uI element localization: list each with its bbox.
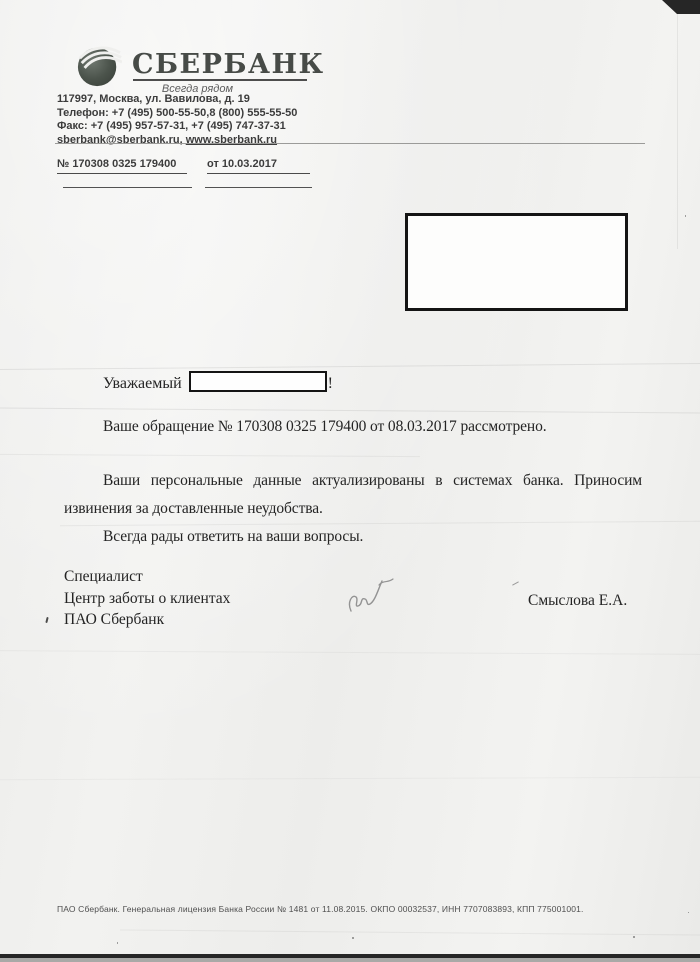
scan-speck — [688, 912, 689, 913]
scan-speck — [352, 937, 354, 939]
reference-date: от 10.03.2017 — [207, 158, 310, 174]
reference-blank-row — [63, 173, 312, 191]
fax-line: Факс: +7 (495) 957-57-31, +7 (495) 747-3… — [57, 120, 297, 134]
salutation-text: Уважаемый — [103, 375, 182, 392]
scanned-letter-page: СБЕРБАНК Всегда рядом 117997, Москва, ул… — [0, 0, 700, 954]
salutation-punctuation: ! — [328, 375, 333, 392]
reference-number: № 170308 0325 179400 — [57, 158, 187, 174]
paper-crease — [120, 929, 700, 935]
paragraph-apology: Ваши персональные данные актуализированы… — [64, 467, 642, 523]
scan-speck — [633, 936, 635, 938]
salutation-line: Уважаемый! — [103, 371, 333, 393]
paper-crease — [0, 363, 700, 370]
signer-role: Специалист — [64, 566, 230, 588]
paragraph-closing: Всегда рады ответить на ваши вопросы. — [64, 523, 642, 551]
letterhead-divider — [55, 143, 645, 144]
recipient-name-redaction-box — [189, 371, 327, 392]
signer-department: Центр заботы о клиентах — [64, 588, 230, 610]
scan-speck — [117, 942, 118, 944]
stray-ink-mark — [45, 617, 48, 623]
stray-pen-mark — [512, 581, 519, 585]
letter-body: Ваше обращение № 170308 0325 179400 от 0… — [64, 413, 642, 551]
phone-line: Телефон: +7 (495) 500-55-50,8 (800) 555-… — [57, 107, 297, 121]
reference-blank-line — [63, 173, 192, 188]
reference-blank-line — [205, 173, 312, 188]
signer-company: ПАО Сбербанк — [64, 609, 230, 631]
scan-speck — [685, 215, 686, 217]
paragraph-resolution: Ваше обращение № 170308 0325 179400 от 0… — [64, 413, 642, 441]
brand-underline — [133, 79, 307, 81]
email-line: sberbank@sberbank.ru, www.sberbank.ru — [57, 134, 297, 148]
letterhead-contact-block: 117997, Москва, ул. Вавилова, д. 19 Теле… — [57, 93, 297, 147]
reference-row: № 170308 0325 179400от 10.03.2017 — [57, 158, 310, 174]
footer-legal-line: ПАО Сбербанк. Генеральная лицензия Банка… — [57, 904, 584, 914]
recipient-address-redaction-box — [405, 213, 628, 311]
signer-name: Смыслова Е.А. — [528, 592, 627, 610]
handwritten-signature-icon — [341, 571, 403, 626]
address-line: 117997, Москва, ул. Вавилова, д. 19 — [57, 93, 297, 107]
paper-crease — [677, 14, 678, 249]
scan-bottom-edge — [0, 958, 700, 962]
sberbank-logo-icon — [76, 43, 122, 94]
brand-wordmark: СБЕРБАНК — [132, 49, 312, 80]
paper-crease — [0, 777, 700, 780]
signature-block: Специалист Центр заботы о клиентах ПАО С… — [64, 566, 230, 631]
paper-crease — [0, 650, 700, 655]
